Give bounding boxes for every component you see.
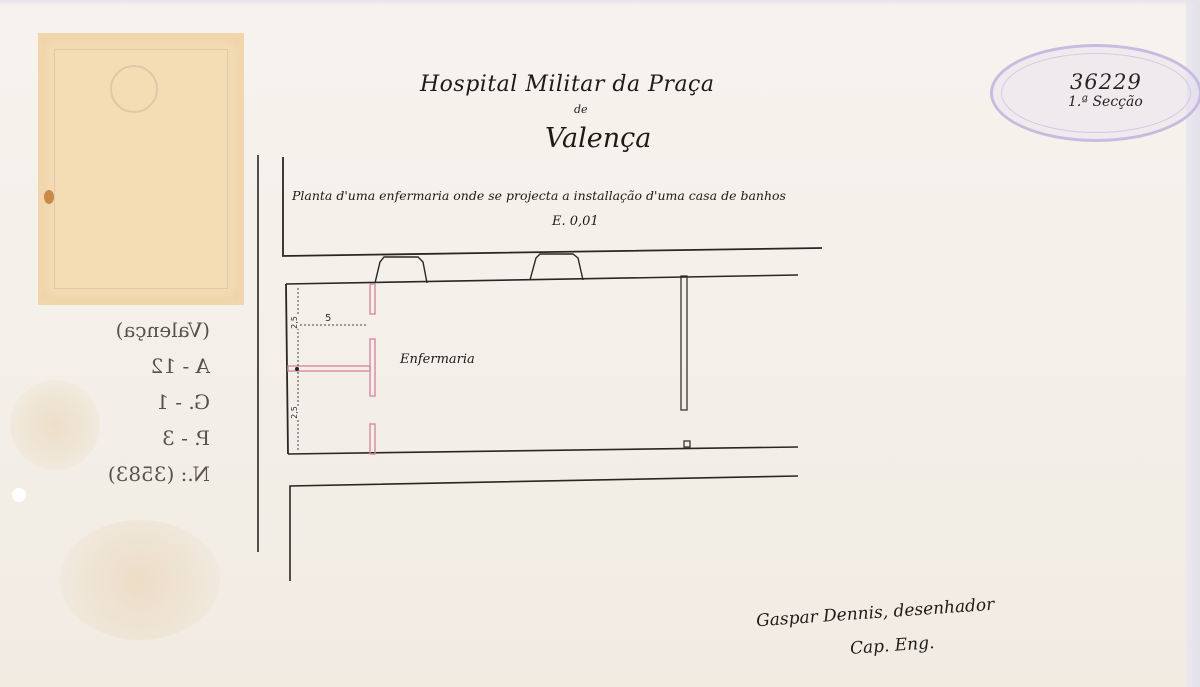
dimension-node xyxy=(295,367,299,371)
corridor-wall xyxy=(290,476,798,581)
room-bottom-wall xyxy=(288,447,798,454)
upper-wall-outline xyxy=(283,157,822,256)
dimension-offset: 5 xyxy=(323,313,333,324)
window-bay xyxy=(530,254,583,280)
proposed-partition xyxy=(288,366,370,371)
window-bay xyxy=(375,257,427,283)
floor-plan-drawing xyxy=(0,0,1200,687)
dimension-lower: 2,5 xyxy=(290,406,299,419)
dimension-upper: 2,5 xyxy=(290,316,299,329)
proposed-partition xyxy=(370,284,375,314)
proposed-partition xyxy=(370,424,375,454)
door-post xyxy=(684,441,690,447)
room-label: Enfermaria xyxy=(400,352,475,367)
proposed-partition xyxy=(370,339,375,396)
partition-wall xyxy=(681,276,687,410)
room-top-wall xyxy=(286,275,798,284)
